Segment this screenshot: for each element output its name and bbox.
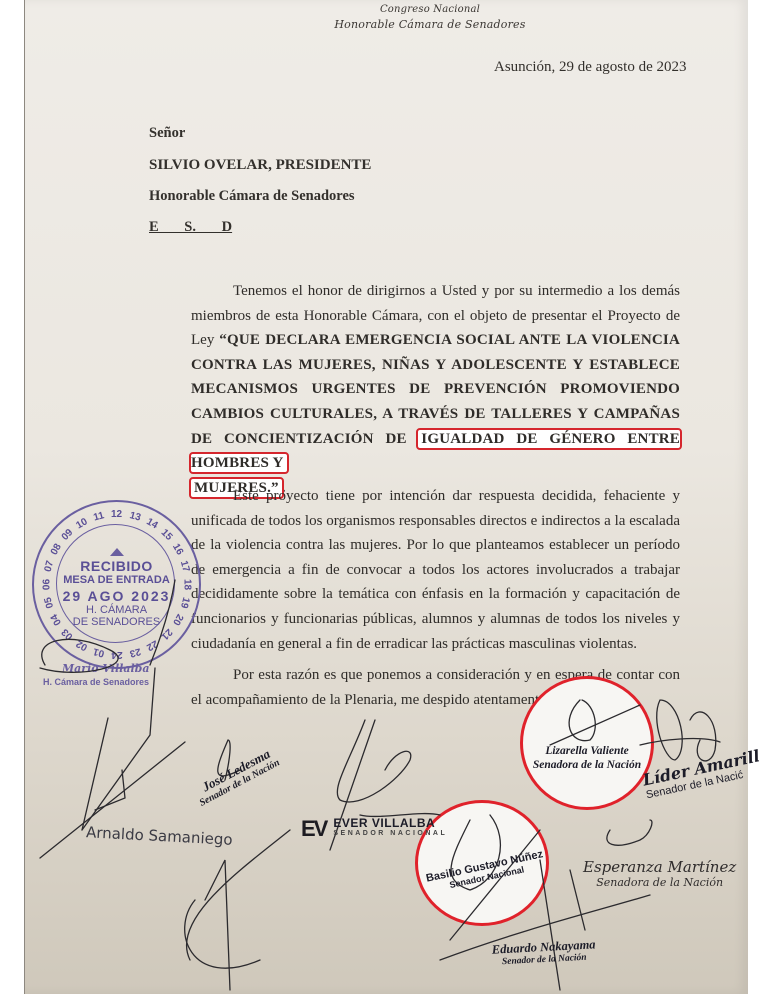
ev-logo: EV (301, 816, 326, 841)
stamp-hour-tick: 13 (125, 509, 143, 524)
stamp-hour-tick: 14 (142, 515, 161, 533)
signer-title: Senadora de la Nación (524, 758, 650, 772)
paragraph-intro: Tenemos el honor de dirigirnos a Usted y… (191, 279, 680, 500)
stamp-subtitle: MESA DE ENTRADA (34, 574, 199, 586)
signer-name: Ever Villalba (333, 816, 447, 830)
esd-abbreviation: E S. D (149, 219, 232, 236)
stamp-hour-tick: 12 (109, 509, 125, 520)
signer-title: SENADOR NACIONAL (333, 830, 447, 837)
recipient-institution: Honorable Cámara de Senadores (149, 188, 355, 205)
paragraph-purpose: Este proyecto tiene por intención dar re… (191, 484, 680, 656)
signature-esperanza-martinez: Esperanza Martínez Senadora de la Nación (583, 858, 736, 889)
stamp-hour-tick: 23 (125, 644, 143, 659)
stamp-hour-tick: 02 (72, 636, 91, 654)
stamp-hour-tick: 18 (181, 576, 192, 592)
purpose-text: Este proyecto tiene por intención dar re… (191, 488, 680, 652)
signer-name: Lizarella Valiente (524, 744, 650, 758)
letterhead-line2: Honorable Cámara de Senadores (330, 17, 530, 32)
stamp-title: RECIBIDO (34, 558, 199, 574)
stamp-hour-tick: 11 (89, 509, 107, 524)
stamp-signer-org: H. Cámara de Senadores (43, 677, 149, 687)
stamp-hour-tick: 06 (41, 576, 52, 592)
stamp-hour-tick: 22 (142, 636, 161, 654)
stamp-hour-tick: 01 (89, 644, 107, 659)
signer-title: Senadora de la Nación (583, 876, 736, 889)
stamp-date: 29 AGO 2023 (34, 588, 199, 604)
stamp-hour-tick: 15 (156, 525, 175, 544)
signature-ever-villalba: EV Ever Villalba SENADOR NACIONAL (301, 816, 447, 842)
recipient-name: SILVIO OVELAR, PRESIDENTE (149, 157, 371, 174)
reception-stamp: RECIBIDO MESA DE ENTRADA 29 AGO 2023 H. … (32, 500, 201, 669)
letter-date: Asunción, 29 de agosto de 2023 (494, 59, 686, 76)
highlight-circle-valiente (520, 676, 654, 810)
stamp-signer: Mario Villalba (62, 662, 149, 675)
letterhead-line1: Congreso Nacional (330, 2, 530, 17)
signer-name: Esperanza Martínez (583, 858, 736, 876)
stamp-hour-tick: 24 (109, 649, 125, 660)
letterhead: Congreso Nacional Honorable Cámara de Se… (330, 2, 530, 32)
stamp-triangle-icon (110, 548, 124, 556)
signature-lizarella-valiente: Lizarella Valiente Senadora de la Nación (524, 744, 650, 772)
salutation: Señor (149, 125, 185, 142)
